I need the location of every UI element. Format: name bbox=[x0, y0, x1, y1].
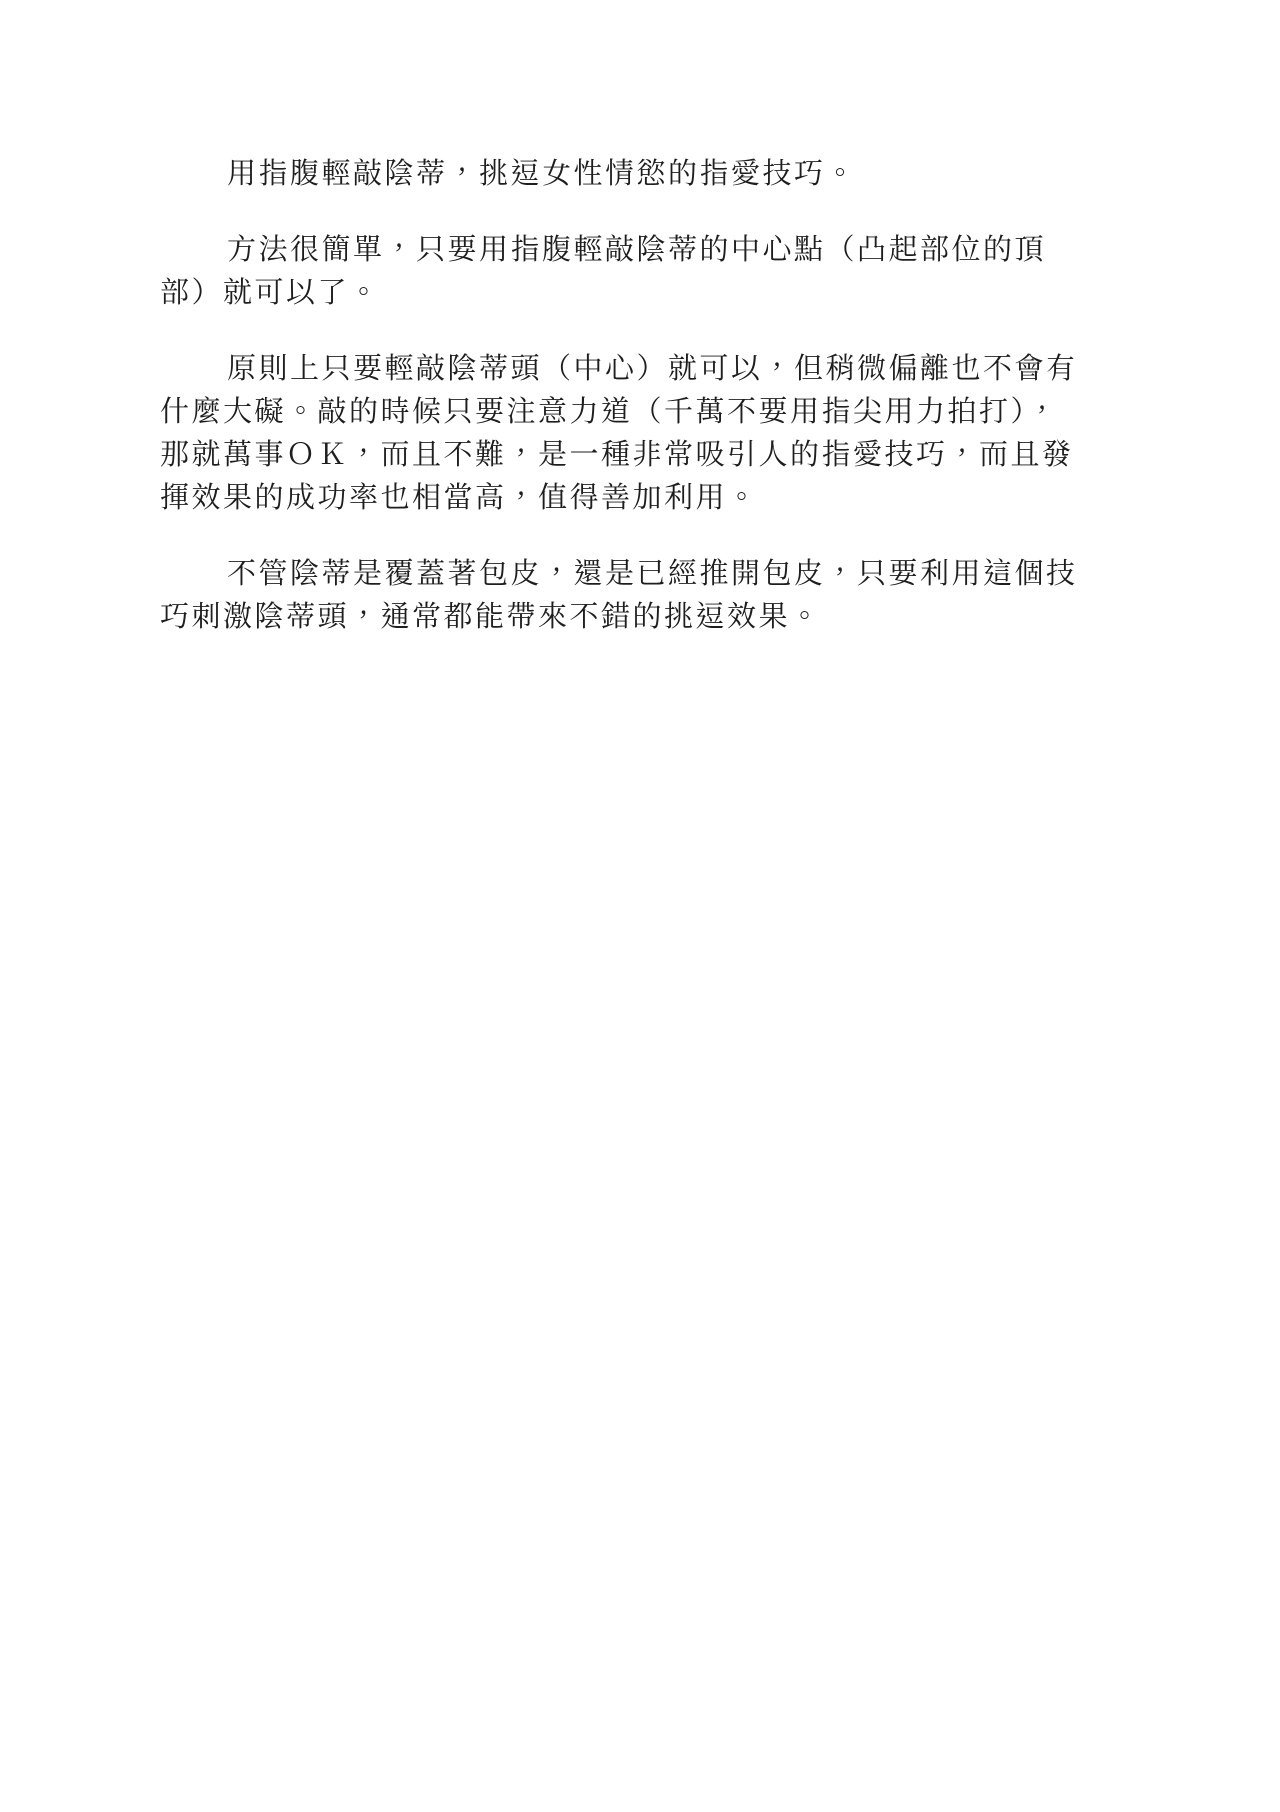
paragraph-1: 用指腹輕敲陰蒂，挑逗女性情慾的指愛技巧。 bbox=[160, 152, 1092, 195]
paragraph-4: 不管陰蒂是覆蓋著包皮，還是已經推開包皮，只要利用這個技 巧刺激陰蒂頭，通常都能帶… bbox=[160, 552, 1092, 638]
paragraph-3: 原則上只要輕敲陰蒂頭（中心）就可以，但稍微偏離也不會有 什麼大礙。敲的時候只要注… bbox=[160, 347, 1092, 519]
document-page: 用指腹輕敲陰蒂，挑逗女性情慾的指愛技巧。 方法很簡單，只要用指腹輕敲陰蒂的中心點… bbox=[0, 0, 1280, 1812]
paragraph-2: 方法很簡單，只要用指腹輕敲陰蒂的中心點（凸起部位的頂 部）就可以了。 bbox=[160, 228, 1092, 314]
text-block: 用指腹輕敲陰蒂，挑逗女性情慾的指愛技巧。 方法很簡單，只要用指腹輕敲陰蒂的中心點… bbox=[160, 152, 1092, 671]
